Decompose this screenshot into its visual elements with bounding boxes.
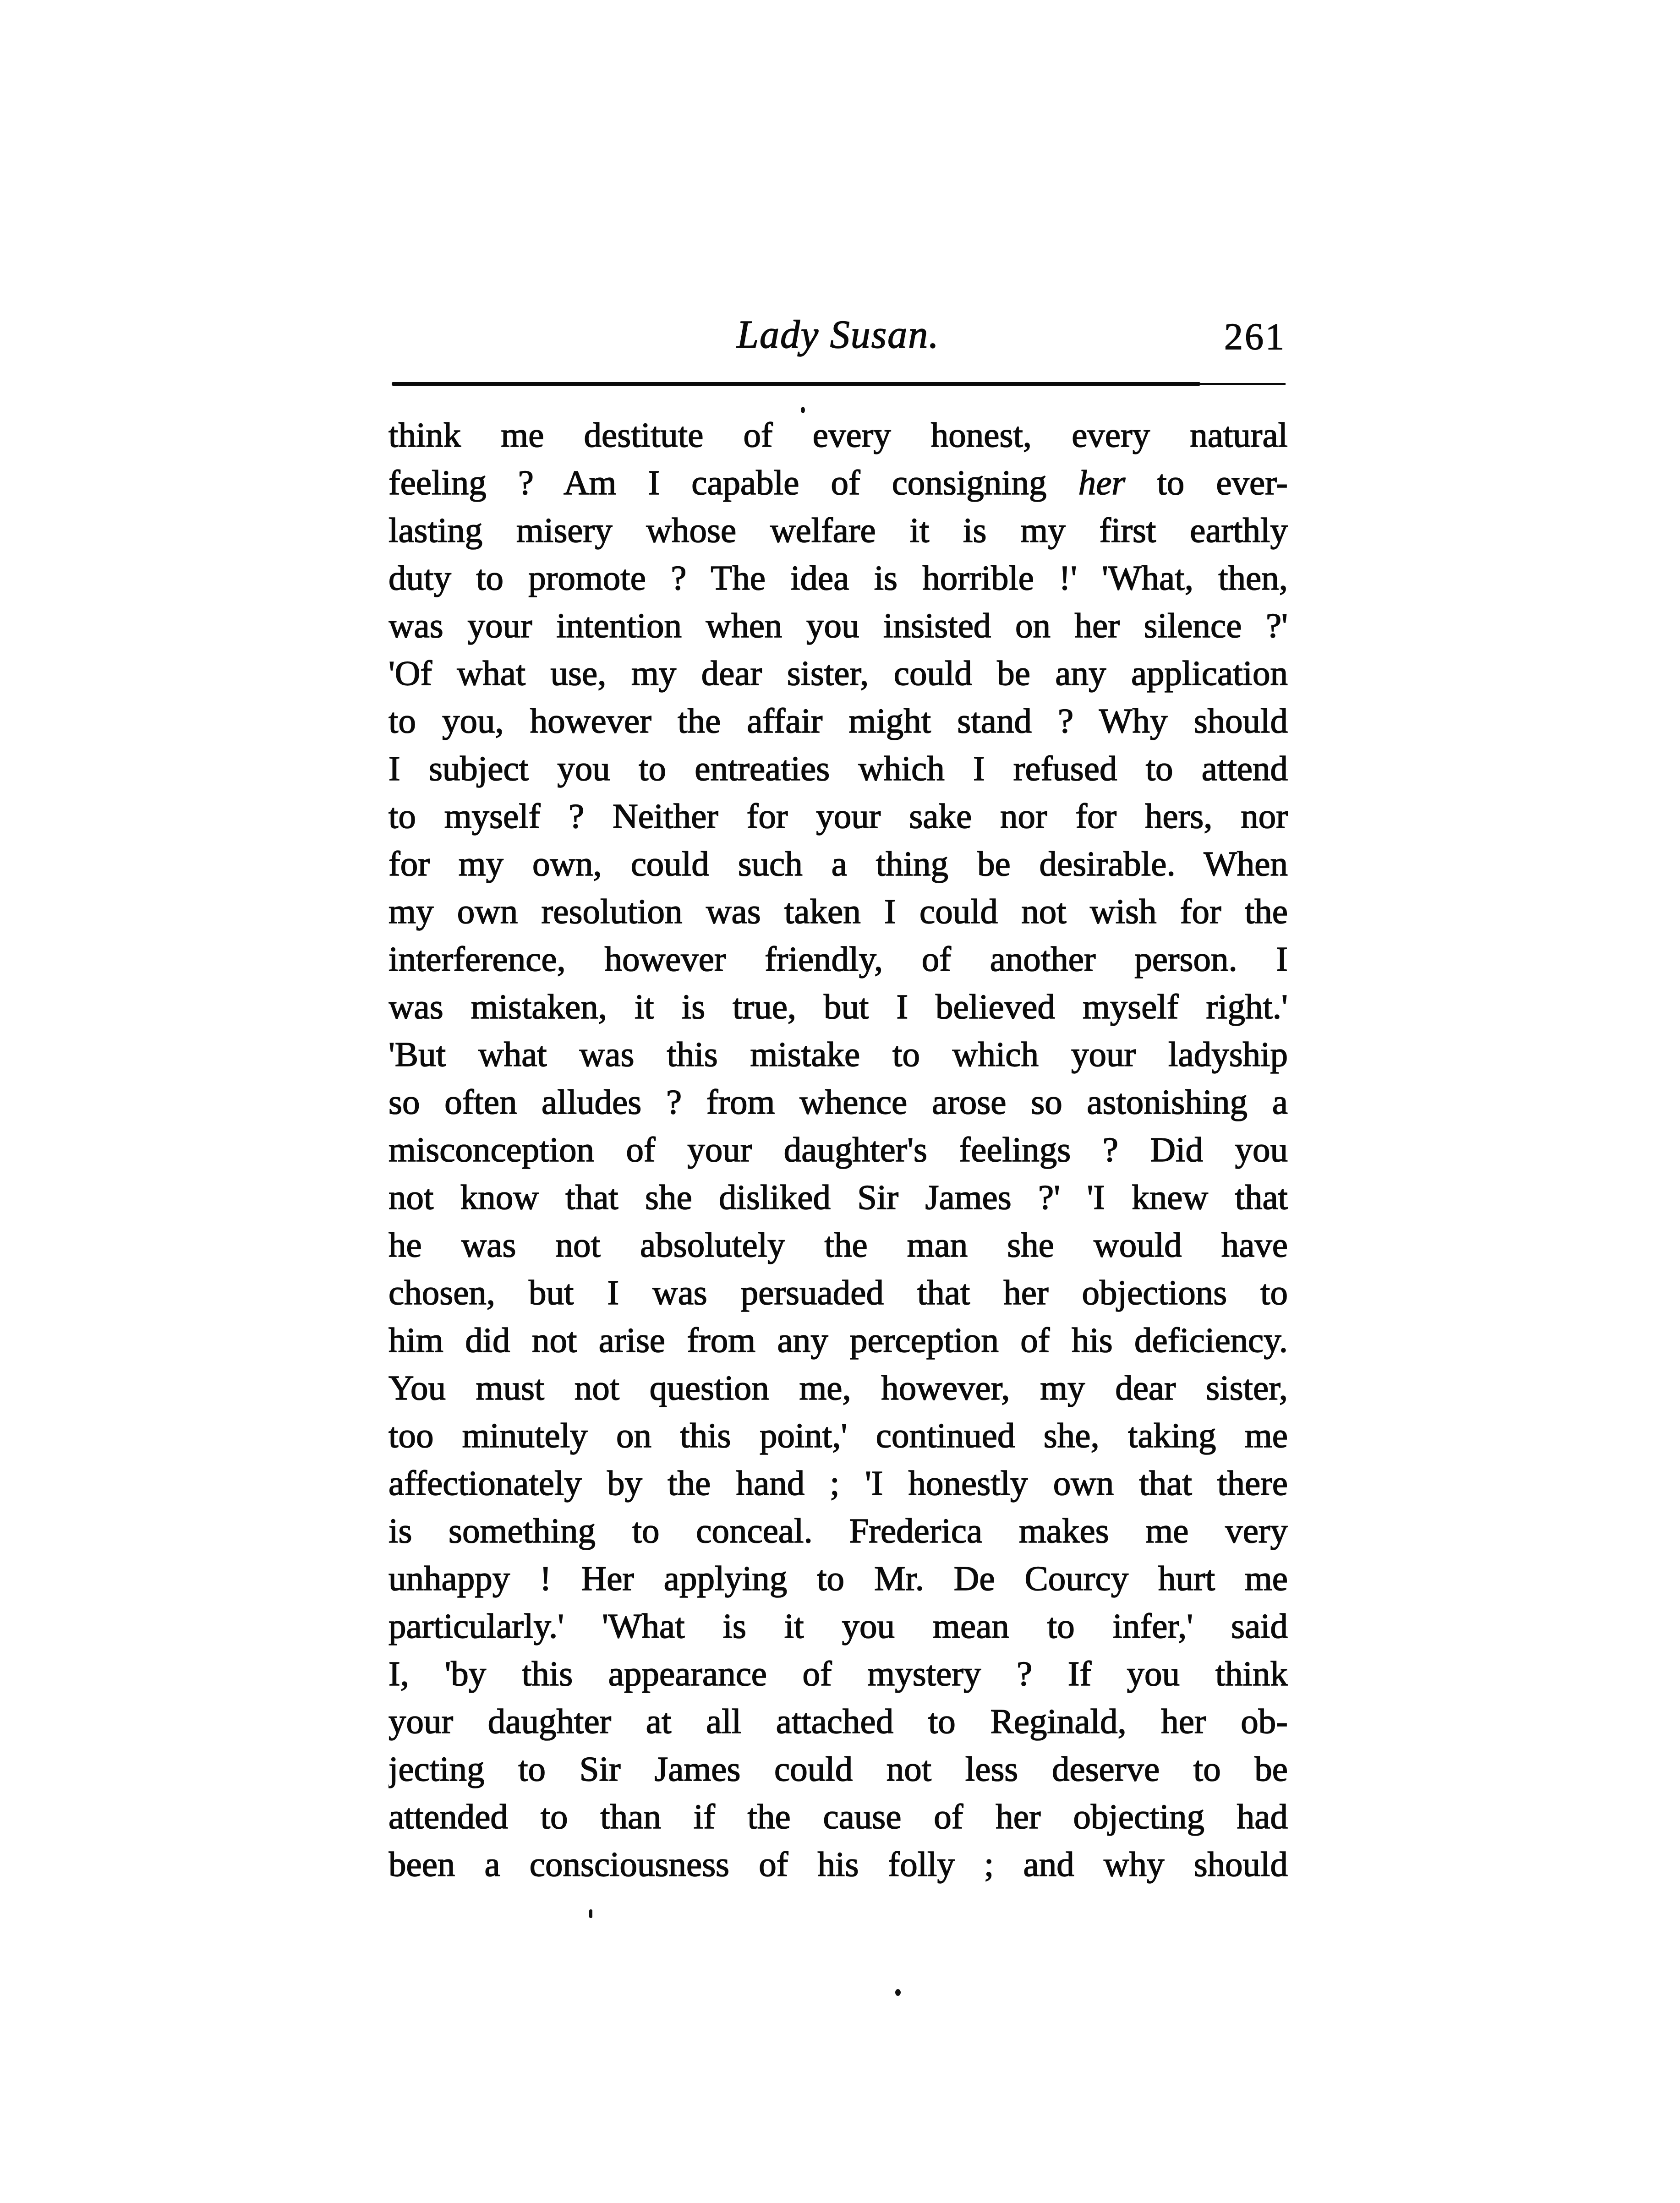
page-body: think me destitute of every honest, ever… bbox=[389, 411, 1288, 1888]
body-line: interference, however friendly, of anoth… bbox=[389, 935, 1288, 983]
body-line: was your intention when you insisted on … bbox=[389, 601, 1288, 649]
body-line: I subject you to entreaties which I refu… bbox=[389, 744, 1288, 792]
body-line: is something to conceal. Frederica makes… bbox=[389, 1507, 1288, 1554]
body-line: 'Of what use, my dear sister, could be a… bbox=[389, 649, 1288, 697]
body-line: jecting to Sir James could not less dese… bbox=[389, 1745, 1288, 1793]
body-line: particularly.' 'What is it you mean to i… bbox=[389, 1602, 1288, 1650]
ink-speck bbox=[801, 407, 805, 413]
body-line: he was not absolutely the man she would … bbox=[389, 1221, 1288, 1268]
body-line: chosen, but I was persuaded that her obj… bbox=[389, 1268, 1288, 1316]
body-line: your daughter at all attached to Reginal… bbox=[389, 1697, 1288, 1745]
body-line: not know that she disliked Sir James ?' … bbox=[389, 1173, 1288, 1221]
ink-speck bbox=[895, 1989, 901, 1996]
italic-word-her: her bbox=[1078, 463, 1126, 502]
body-line: unhappy ! Her applying to Mr. De Courcy … bbox=[389, 1554, 1288, 1602]
body-line: attended to than if the cause of her obj… bbox=[389, 1793, 1288, 1840]
body-line-text: to ever- bbox=[1125, 463, 1288, 502]
page-number: 261 bbox=[1145, 318, 1286, 355]
body-line: so often alludes ? from whence arose so … bbox=[389, 1078, 1288, 1126]
body-line: duty to promote ? The idea is horrible !… bbox=[389, 554, 1288, 601]
body-line: been a consciousness of his folly ; and … bbox=[389, 1840, 1288, 1888]
body-line-text: feeling ? Am I capable of consigning bbox=[389, 463, 1078, 502]
ink-speck bbox=[589, 1909, 592, 1918]
body-line: him did not arise from any perception of… bbox=[389, 1316, 1288, 1364]
body-line: my own resolution was taken I could not … bbox=[389, 887, 1288, 935]
body-line: to myself ? Neither for your sake nor fo… bbox=[389, 792, 1288, 840]
body-line: feeling ? Am I capable of consigning her… bbox=[389, 459, 1288, 506]
body-line: 'But what was this mistake to which your… bbox=[389, 1030, 1288, 1078]
body-line: I, 'by this appearance of mystery ? If y… bbox=[389, 1650, 1288, 1697]
body-line: lasting misery whose welfare it is my fi… bbox=[389, 506, 1288, 554]
body-line: misconception of your daughter's feeling… bbox=[389, 1126, 1288, 1173]
body-line: think me destitute of every honest, ever… bbox=[389, 411, 1288, 459]
body-line: You must not question me, however, my de… bbox=[389, 1364, 1288, 1411]
body-line: to you, however the affair might stand ?… bbox=[389, 697, 1288, 744]
book-page-scan: Lady Susan. 261 think me destitute of ev… bbox=[0, 0, 1680, 2203]
body-line: was mistaken, it is true, but I believed… bbox=[389, 983, 1288, 1030]
header-rule bbox=[392, 382, 1200, 386]
body-line: affectionately by the hand ; 'I honestly… bbox=[389, 1459, 1288, 1507]
body-line: too minutely on this point,' continued s… bbox=[389, 1411, 1288, 1459]
body-line: for my own, could such a thing be desira… bbox=[389, 840, 1288, 887]
